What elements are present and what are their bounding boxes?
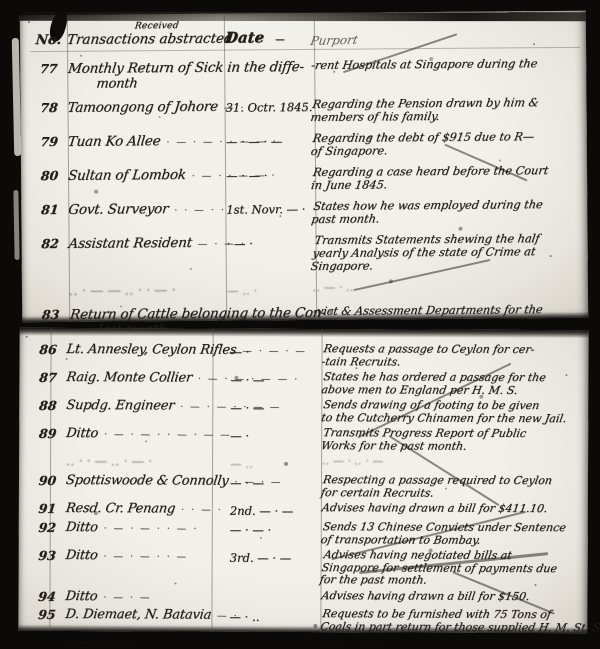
- entry-number: 79: [30, 134, 68, 149]
- paper-speckles: [26, 336, 28, 338]
- description-text: Ditto: [65, 520, 99, 535]
- ledger-row: 92 Ditto· — · — · · — · — · — · Sends 13…: [29, 520, 582, 547]
- date-cell: — · ‥: [229, 607, 321, 623]
- dash-leader: · — · — · — — ·: [197, 374, 300, 385]
- scan-smudge: [20, 12, 586, 21]
- ledger-row: 78 Tamoongong of Johore— · 31. Octr. 184…: [30, 96, 580, 126]
- remarks-cell: Sends drawing of a footing to be givento…: [320, 399, 584, 425]
- dash-leader: — ·: [223, 102, 246, 113]
- ledger-row: 86 Lt. Annesley, Ceylon Rifles— · — · — …: [29, 342, 582, 369]
- remark-line: -tain Recruits.: [321, 356, 583, 370]
- entry-description: Tamoongong of Johore— ·: [67, 99, 227, 116]
- dash-leader: · — · · — — ·: [191, 170, 277, 182]
- remark-line: members of his family.: [310, 109, 581, 124]
- dash-leader: · · — · ·: [173, 205, 226, 216]
- remark-line: of transportation to Bombay.: [320, 534, 582, 548]
- remark-line: Singapore.: [310, 258, 581, 273]
- remarks-cell: -rent Hospitals at Singapore during the: [310, 57, 581, 72]
- entry-description: ‥ · — — ‥ · · — ·: [68, 282, 228, 299]
- remarks-cell: Sends 13 Chinese Convicts under Sentence…: [320, 521, 584, 547]
- dash-leader: · — · —: [234, 477, 284, 488]
- entry-number: 89: [28, 426, 67, 441]
- ledger-row-faint: ‥ · — — ‥ · · — · — ‥ · ‥ — · ‥: [32, 279, 582, 299]
- description-text: Ditto: [65, 588, 99, 603]
- ledger-row: 88 Supdg. Engineer· — · — · · — — — · — …: [29, 398, 582, 425]
- description-text: Resd. Cr. Penang: [65, 501, 176, 516]
- entry-description: Spottiswoode & Connolly· — · —: [65, 473, 231, 489]
- remarks-cell: Advises having drawn a bill for $411.10.: [321, 502, 583, 516]
- remark-line: Works for the past month.: [320, 440, 582, 454]
- ledger-row: 82 Assistant Resident— · — · · — · Trans…: [32, 232, 582, 275]
- date-cell: — ‥ ·: [227, 281, 313, 298]
- remark-line: Advises having drawn a bill for $150.: [320, 590, 582, 604]
- remark-line: -vict & Assessment Departments for the: [312, 303, 583, 318]
- header-date: Date —: [224, 28, 312, 47]
- ledger-row: 87 Raig. Monte Collier· — · — · — — · — …: [29, 370, 582, 397]
- dash-leader: · — · — · · — —: [179, 401, 282, 412]
- entry-description: D. Diemaet, N. Batavia— ·: [64, 606, 230, 622]
- paper-speckles: [28, 21, 30, 23]
- remarks-cell: -vict & Assessment Departments for the: [312, 303, 583, 318]
- ledger-row: 90 Spottiswoode & Connolly· — · — — · — …: [29, 473, 582, 500]
- dash-leader: · — · — · · — — ·: [166, 136, 279, 148]
- remarks-cell: Regarding the debt of $915 due to R—of S…: [310, 130, 583, 158]
- entry-description: Ditto· — · — · · —: [65, 548, 231, 564]
- remark-line: of Singapore.: [310, 143, 581, 158]
- remark-line: above men to England per H. M. S.: [320, 384, 582, 398]
- scanned-ledger-page: No. Received Transactions abstracted Dat…: [0, 0, 600, 649]
- entry-number: 88: [29, 398, 68, 413]
- entry-number: 83: [31, 307, 69, 322]
- description-text: Monthly Return of Sick in the diffe-: [67, 59, 305, 77]
- entry-description: Lt. Annesley, Ceylon Rifles— · — · —: [66, 342, 232, 358]
- dash-leader: — · — ·: [197, 238, 246, 249]
- ledger-row: 95 D. Diemaet, N. Batavia— · — · ‥ Reque…: [28, 606, 581, 633]
- entry-description: Supdg. Engineer· — · — · · — —: [65, 398, 231, 414]
- remark-line: to the Cutcherry Chinamen for the new Ja…: [320, 412, 582, 426]
- entry-number: 93: [28, 548, 67, 563]
- entry-number: 81: [31, 202, 69, 217]
- date-cell: [230, 589, 322, 591]
- entry-number: 77: [29, 61, 67, 76]
- description-text: Raig. Monte Collier: [65, 370, 192, 386]
- entry-number: 80: [30, 168, 68, 183]
- remarks-cell: Requests to be furnished with 75 Tons of…: [319, 608, 583, 634]
- description-text: Return of Cattle belonging to the Con-: [69, 305, 327, 323]
- entry-number: 95: [28, 606, 67, 621]
- entry-description: Raig. Monte Collier· — · — · — — ·: [65, 370, 231, 386]
- remarks-cell: States he has ordered a passage for thea…: [320, 371, 584, 397]
- description-text: ‥ · · — ‥ · — ·: [65, 454, 153, 469]
- paper-edge-sliver: [13, 190, 19, 260]
- header-transaction-label: Transactions abstracted: [66, 31, 234, 48]
- remark-line: Coals in part return for those supplied …: [319, 620, 581, 634]
- dash-leader: · — · — · · —: [103, 551, 189, 562]
- ledger-row: 91 Resd. Cr. Penang· · — · 2nd. — · — Ad…: [29, 501, 582, 519]
- remarks-cell: Transmits Progress Report of PublicWorks…: [320, 427, 584, 453]
- remark-line: for the past month.: [319, 574, 581, 588]
- description-text: Spottiswoode & Connolly: [65, 473, 229, 489]
- ledger-row: 89 Ditto· — · — · · — · — — — · Transmit…: [29, 426, 582, 453]
- remark-line: in June 1845.: [310, 177, 581, 192]
- dash-leader: · — · — · · — · — —: [103, 429, 232, 441]
- entry-description: Assistant Resident— · — ·: [68, 235, 228, 252]
- entry-description: ‥ — · ‥ · —: [64, 634, 230, 649]
- remarks-cell: — ‥ · · — ‥: [320, 636, 582, 649]
- date-cell: 1st. Novr. — ·: [226, 200, 312, 217]
- entry-description: Ditto· — · —: [65, 588, 231, 604]
- entry-description: Ditto· — · — · · — ·: [65, 520, 231, 536]
- ledger-table: 86 Lt. Annesley, Ceylon Rifles— · — · — …: [28, 342, 582, 649]
- description-text: Tuan Ko Allee: [67, 133, 161, 150]
- dash-leader: · — · — · · — ·: [103, 523, 199, 534]
- ledger-table: No. Received Transactions abstracted Dat…: [30, 26, 582, 346]
- remarks-cell: States how he was employed during thepas…: [310, 198, 583, 226]
- date-cell: — ·: [230, 427, 322, 443]
- header-no: No.: [29, 32, 68, 48]
- entry-description: Resd. Cr. Penang· · — ·: [65, 501, 231, 517]
- header-date-label: Date: [224, 28, 265, 46]
- entry-number: 94: [28, 588, 67, 603]
- ledger-row: 81 Govt. Surveyor· · — · · 1st. Novr. — …: [31, 198, 581, 228]
- description-text: Ditto: [65, 426, 99, 441]
- remark-line: for certain Recruits.: [320, 487, 582, 501]
- remarks-cell: Advises having drawn a bill for $150.: [320, 590, 582, 604]
- ledger-row: 79 Tuan Ko Allee· — · — · · — — · — · — …: [31, 130, 581, 160]
- remarks-cell: Transmits Statements shewing the halfyea…: [310, 232, 585, 273]
- remarks-cell: Regarding the Pension drawn by him &memb…: [310, 96, 583, 124]
- entry-number: 87: [29, 370, 68, 385]
- header-transaction: Received Transactions abstracted: [66, 31, 226, 48]
- date-cell: 3rd. — · —: [230, 549, 322, 565]
- entry-number: 82: [31, 236, 69, 251]
- page-upper: No. Received Transactions abstracted Dat…: [20, 11, 588, 322]
- date-cell: 2nd. — · —: [230, 502, 322, 518]
- description-text: Lt. Annesley, Ceylon Rifles: [66, 342, 238, 358]
- entry-description: Monthly Return of Sick in the diffe-mont…: [66, 60, 228, 92]
- entry-number: 92: [28, 520, 67, 535]
- table-header-row: No. Received Transactions abstracted Dat…: [30, 26, 580, 52]
- entry-description: ‥ · · — ‥ · — ·: [65, 454, 231, 470]
- ledger-row-faint: ‥ · · — ‥ · — · — ‥ ‥ — · ‥ · —: [29, 454, 582, 472]
- description-text: Supdg. Engineer: [65, 398, 175, 413]
- description-line2: month: [96, 76, 226, 92]
- entry-number: 91: [28, 501, 67, 516]
- date-cell: ‥ ·: [229, 635, 321, 649]
- entry-description: Tuan Ko Allee· — · — · · — — ·: [67, 133, 227, 150]
- remarks-cell: Advises having negotiated bills atSingap…: [319, 549, 585, 588]
- remarks-cell: ‥ — · ‥: [312, 279, 583, 294]
- remarks-cell: ‥ — · ‥ · —: [321, 455, 583, 469]
- description-text: Assistant Resident: [68, 235, 193, 252]
- page-lower: 86 Lt. Annesley, Ceylon Rifles— · — · — …: [18, 328, 588, 633]
- date-cell: — · — ·: [230, 521, 322, 537]
- ledger-row: 77 Monthly Return of Sick in the diffe-m…: [30, 57, 580, 92]
- remark-line: Regarding a case heard before the Court: [312, 164, 583, 179]
- remarks-cell: Regarding a case heard before the Courti…: [310, 164, 583, 192]
- entry-number: 86: [29, 342, 68, 357]
- remark-line: ‥ — · ‥: [312, 279, 583, 294]
- entry-description: Govt. Surveyor· · — · ·: [67, 201, 227, 218]
- description-text: Ditto: [65, 548, 99, 563]
- entry-description: Ditto· — · — · · — · — —: [65, 426, 231, 442]
- dash-leader: — ·: [216, 610, 239, 621]
- description-text: ‥ · — — ‥ · · — ·: [68, 282, 176, 299]
- description-text: Tamoongong of Johore: [67, 99, 219, 116]
- remark-line: — ‥ · · — ‥: [320, 636, 582, 649]
- description-text: ‥ — · ‥ · —: [64, 634, 136, 649]
- remark-line: past month.: [310, 211, 581, 226]
- header-received-insert: Received: [134, 21, 179, 31]
- dash-leader: —: [275, 34, 288, 45]
- date-cell: — ‥: [230, 455, 322, 471]
- remarks-cell: Respecting a passage required to Ceylonf…: [320, 474, 584, 500]
- dash-leader: — · — · —: [241, 346, 307, 357]
- description-text: D. Diemaet, N. Batavia: [64, 606, 212, 622]
- remark-line: Advises having drawn a bill for $411.10.: [321, 502, 583, 516]
- description-text: Govt. Surveyor: [67, 201, 169, 218]
- ledger-row: 80 Sultan of Lombok· — · · — — · — · — ·…: [31, 164, 581, 194]
- dash-leader: · — · —: [103, 592, 153, 603]
- entry-number: 90: [28, 473, 67, 488]
- remark-line: ‥ — · ‥ · —: [321, 455, 583, 469]
- scan-smudge: [20, 328, 589, 338]
- remark-line: -rent Hospitals at Singapore during the: [310, 57, 581, 72]
- description-text: Sultan of Lombok: [67, 167, 187, 184]
- dash-leader: · · — ·: [180, 504, 223, 515]
- entry-number: 78: [30, 100, 68, 115]
- entry-description: Sultan of Lombok· — · · — — ·: [67, 167, 227, 184]
- ledger-row: 93 Ditto· — · — · · — 3rd. — · — Advises…: [29, 548, 582, 588]
- remark-line: Requests to be furnished with 75 Tons of: [321, 608, 583, 622]
- remarks-cell: Requests a passage to Ceylon for cer--ta…: [321, 343, 585, 369]
- ledger-row-faint: ‥ — · ‥ · — ‥ · — ‥ · · — ‥: [28, 634, 581, 649]
- header-purport: Purport: [309, 27, 582, 48]
- ledger-row: 94 Ditto· — · — Advises having drawn a b…: [28, 588, 581, 605]
